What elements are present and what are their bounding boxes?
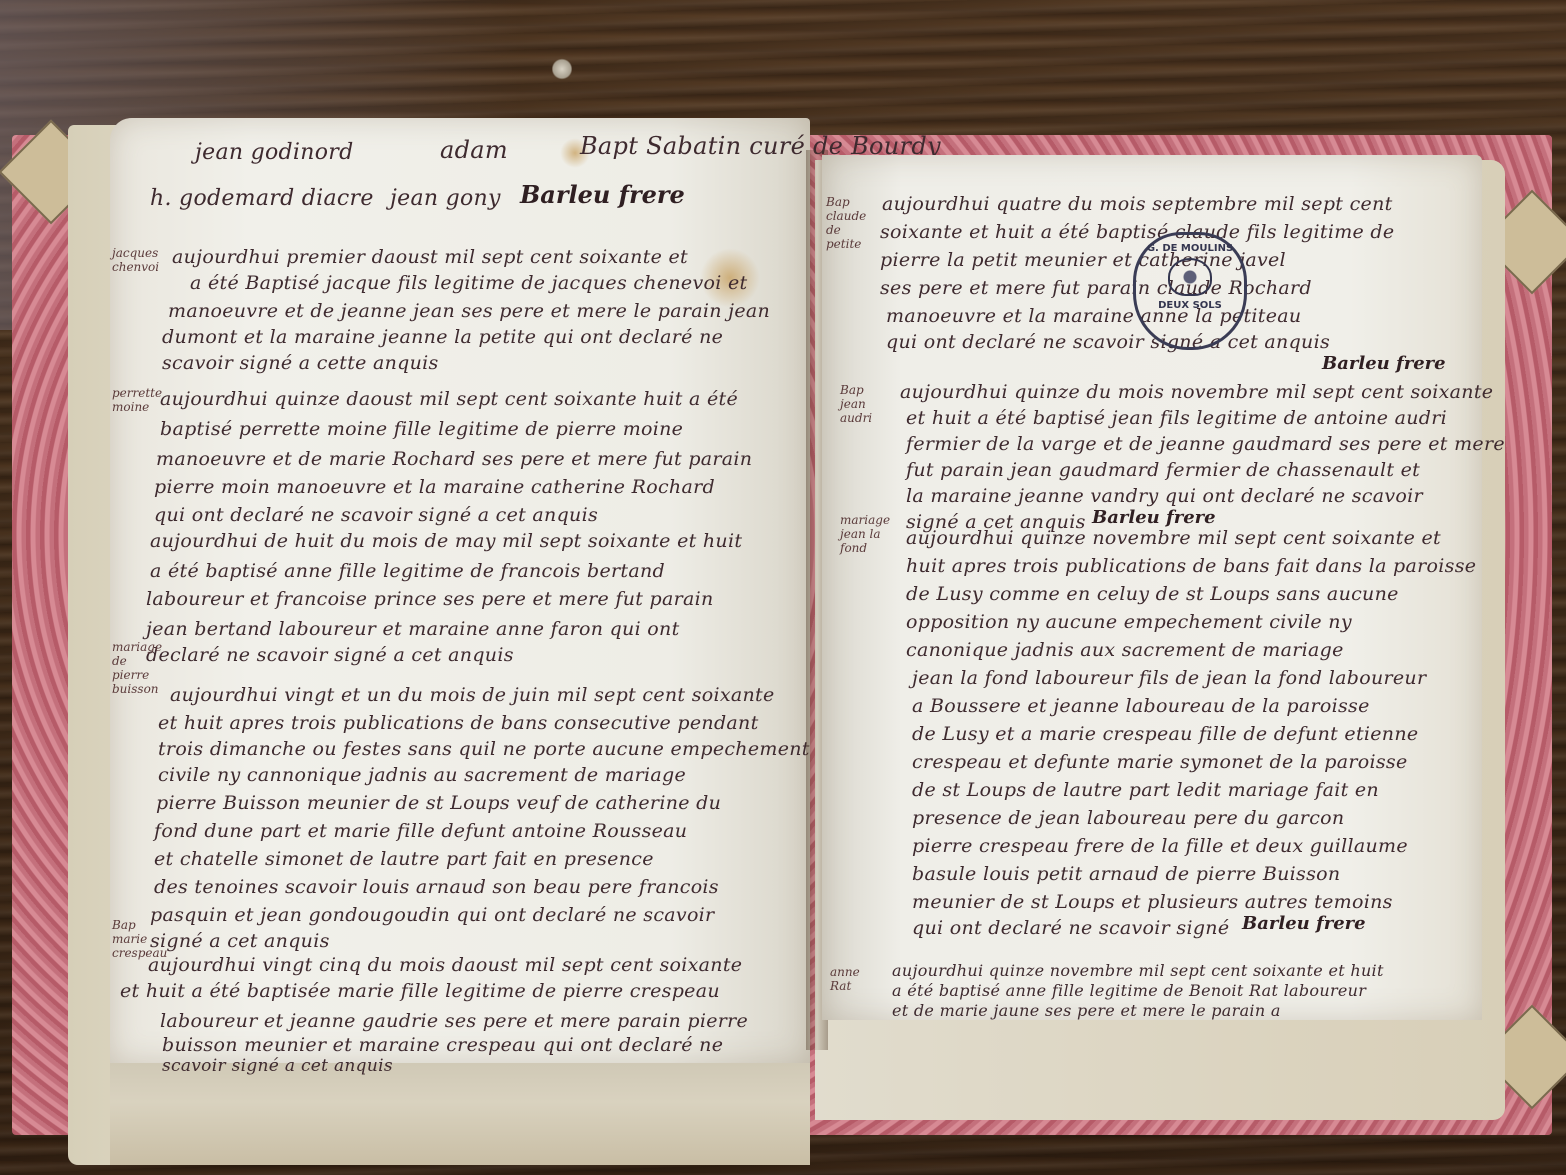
entry-line: et de marie jaune ses pere et mere le pa… — [892, 1001, 1281, 1020]
entry-line: baptisé perrette moine fille legitime de… — [160, 418, 683, 440]
entry-line: signé a cet anquis — [150, 930, 330, 952]
entry-line: aujourdhui quinze daoust mil sept cent s… — [160, 388, 738, 410]
signature: jean gony — [390, 186, 501, 211]
entry-line: jean la fond laboureur fils de jean la f… — [912, 667, 1426, 689]
entry-line: aujourdhui premier daoust mil sept cent … — [172, 246, 688, 268]
wood-chip-mark — [552, 58, 572, 80]
entry-line: dumont et la maraine jeanne la petite qu… — [162, 326, 723, 348]
entry-line: qui ont declaré ne scavoir signé — [912, 917, 1229, 939]
entry-line: aujourdhui vingt et un du mois de juin m… — [170, 684, 775, 706]
margin-note: Bap claude de petite — [826, 195, 876, 251]
tax-stamp: G. DE MOULINS DEUX SOLS — [1133, 232, 1247, 350]
entry-line: a été baptisé anne fille legitime de Ben… — [892, 981, 1366, 1000]
entry-line: crespeau et defunte marie symonet de la … — [912, 751, 1408, 773]
entry-line: trois dimanche ou festes sans quil ne po… — [158, 738, 810, 760]
entry-line: et huit a été baptisée marie fille legit… — [120, 980, 720, 1002]
entry-line: des tenoines scavoir louis arnaud son be… — [154, 876, 719, 898]
entry-line: meunier de st Loups et plusieurs autres … — [912, 891, 1393, 913]
margin-note: Bap jean audri — [840, 383, 885, 425]
entry-line: qui ont declaré ne scavoir signé a cet a… — [154, 504, 598, 526]
entry-line: fermier de la varge et de jeanne gaudmar… — [906, 433, 1505, 455]
entry-line: de Lusy comme en celuy de st Loups sans … — [906, 583, 1399, 605]
signature: jean godinord — [195, 140, 353, 165]
entry-line: a été baptisé anne fille legitime de fra… — [150, 560, 665, 582]
entry-line: presence de jean laboureau pere du garco… — [912, 807, 1344, 829]
entry-line: buisson meunier et maraine crespeau qui … — [162, 1034, 723, 1056]
left-page: jean godinord adam Bapt Sabatin curé de … — [110, 118, 810, 1063]
entry-line: ses pere et mere fut parain claude Rocha… — [880, 277, 1312, 299]
entry-line: aujourdhui de huit du mois de may mil se… — [150, 530, 742, 552]
entry-line: basule louis petit arnaud de pierre Buis… — [912, 863, 1340, 885]
entry-line: aujourdhui quinze novembre mil sept cent… — [892, 961, 1384, 980]
entry-line: pierre Buisson meunier de st Loups veuf … — [156, 792, 721, 814]
entry-line: scavoir signé a cette anquis — [162, 352, 439, 374]
entry-line: aujourdhui quinze novembre mil sept cent… — [906, 527, 1441, 549]
entry-line: fut parain jean gaudmard fermier de chas… — [906, 459, 1420, 481]
entry-line: huit apres trois publications de bans fa… — [906, 555, 1476, 577]
entry-line: pierre moin manoeuvre et la maraine cath… — [154, 476, 715, 498]
margin-note: perrette moine — [112, 386, 167, 414]
entry-line: soixante et huit a été baptisé claude fi… — [880, 221, 1394, 243]
entry-line: aujourdhui quatre du mois septembre mil … — [882, 193, 1393, 215]
margin-note: anne Rat — [830, 965, 870, 993]
entry-line: pierre crespeau frere de la fille et deu… — [912, 835, 1408, 857]
fleur-de-lis-icon — [1168, 258, 1212, 296]
entry-line: opposition ny aucune empechement civile … — [906, 611, 1352, 633]
entry-line: et huit a été baptisé jean fils legitime… — [906, 407, 1447, 429]
entry-line: scavoir signé a cet anquis — [162, 1056, 393, 1076]
margin-note: mariage de pierre buisson — [112, 640, 160, 696]
entry-line: a Boussere et jeanne laboureau de la par… — [912, 695, 1370, 717]
stamp-top-text: G. DE MOULINS — [1136, 243, 1244, 254]
stamp-bottom-text: DEUX SOLS — [1136, 300, 1244, 311]
entry-line: canonique jadnis aux sacrement de mariag… — [906, 639, 1344, 661]
entry-line: laboureur et francoise prince ses pere e… — [146, 588, 714, 610]
entry-line: la maraine jeanne vandry qui ont declaré… — [906, 485, 1423, 507]
signature: h. godemard diacre — [150, 186, 374, 211]
entry-line: de st Loups de lautre part ledit mariage… — [912, 779, 1379, 801]
margin-note: mariage jean la fond — [840, 513, 885, 555]
entry-line: a été Baptisé jacque fils legitime de ja… — [190, 272, 747, 294]
entry-line: aujourdhui vingt cinq du mois daoust mil… — [148, 954, 742, 976]
entry-line: jean bertand laboureur et maraine anne f… — [146, 618, 680, 640]
entry-line: qui ont declaré ne scavoir signé a cet a… — [886, 331, 1330, 353]
entry-line: manoeuvre et de jeanne jean ses pere et … — [168, 300, 770, 322]
signature: Barleu frere — [520, 180, 685, 209]
entry-line: pasquin et jean gondougoudin qui ont dec… — [150, 904, 714, 926]
entry-line: civile ny cannonique jadnis au sacrement… — [158, 764, 686, 786]
signature: adam — [440, 136, 508, 164]
signature: Barleu frere — [1322, 353, 1446, 374]
entry-line: fond dune part et marie fille defunt ant… — [154, 820, 687, 842]
entry-line: laboureur et jeanne gaudrie ses pere et … — [160, 1010, 748, 1032]
entry-line: de Lusy et a marie crespeau fille de def… — [912, 723, 1418, 745]
entry-line: aujourdhui quinze du mois novembre mil s… — [900, 381, 1493, 403]
signature: Barleu frere — [1242, 913, 1366, 934]
signature: Barleu frere — [1092, 507, 1216, 528]
margin-note: jacques chenvoi — [112, 246, 167, 274]
entry-line: et huit apres trois publications de bans… — [158, 712, 759, 734]
entry-line: declaré ne scavoir signé a cet anquis — [146, 644, 514, 666]
entry-line: manoeuvre et de marie Rochard ses pere e… — [156, 448, 752, 470]
entry-line: et chatelle simonet de lautre part fait … — [154, 848, 654, 870]
